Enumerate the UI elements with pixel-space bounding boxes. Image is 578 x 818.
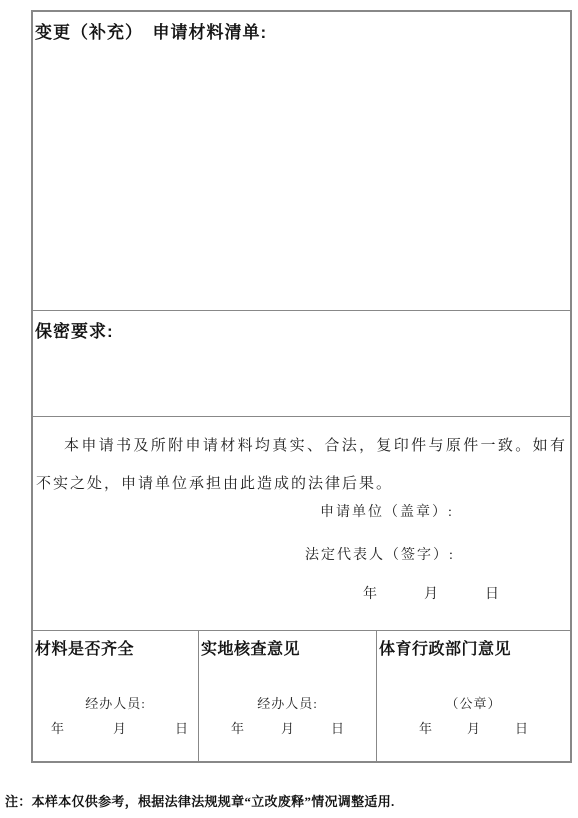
date-month-label: 月 [424, 583, 438, 603]
date-year-label: 年 [363, 583, 377, 603]
review-col-materials-complete: 材料是否齐全 经办人员: 年 月 日 [33, 631, 199, 761]
site-check-header: 实地核查意见 [201, 641, 300, 658]
date-month-label: 月 [113, 718, 126, 737]
change-materials-label: 变更（补充） 申请材料清单: [35, 23, 267, 42]
materials-complete-header: 材料是否齐全 [35, 641, 134, 658]
date-year-label: 年 [231, 718, 244, 737]
section-declaration: 本申请书及所附申请材料均真实、合法，复印件与原件一致。如有 不实之处，申请单位承… [33, 417, 570, 631]
section-confidentiality: 保密要求: [33, 311, 570, 417]
site-check-date-line: 年 月 日 [199, 718, 376, 737]
date-day-label: 日 [515, 718, 528, 737]
confidentiality-label: 保密要求: [35, 322, 114, 341]
sports-dept-header: 体育行政部门意见 [379, 641, 511, 658]
form-page: 变更（补充） 申请材料清单: 保密要求: 本申请书及所附申请材料均真实、合法，复… [0, 0, 578, 818]
footnote: 注：本样本仅供参考，根据法律法规规章“立改废释”情况调整适用. [5, 791, 395, 810]
application-form-table: 变更（补充） 申请材料清单: 保密要求: 本申请书及所附申请材料均真实、合法，复… [31, 10, 572, 763]
section-review: 材料是否齐全 经办人员: 年 月 日 实地核查意见 经办人员: 年 月 日 体育… [33, 631, 570, 761]
section-change-materials: 变更（补充） 申请材料清单: [33, 12, 570, 311]
date-month-label: 月 [281, 718, 294, 737]
materials-complete-date-line: 年 月 日 [33, 718, 198, 737]
materials-complete-handler-label: 经办人员: [33, 693, 198, 712]
declaration-date-line: 年 月 日 [363, 583, 499, 603]
sports-dept-date-line: 年 月 日 [377, 718, 570, 737]
applicant-seal-label: 申请单位（盖章）: [320, 501, 454, 521]
date-year-label: 年 [51, 718, 64, 737]
declaration-line-2: 不实之处，申请单位承担由此造成的法律后果。 [36, 465, 567, 503]
date-year-label: 年 [419, 718, 432, 737]
date-day-label: 日 [175, 718, 188, 737]
declaration-line-1: 本申请书及所附申请材料均真实、合法，复印件与原件一致。如有 [36, 427, 567, 465]
site-check-handler-label: 经办人员: [199, 693, 376, 712]
sports-dept-seal-label: （公章） [377, 693, 570, 712]
date-day-label: 日 [485, 583, 499, 603]
review-col-sports-dept: 体育行政部门意见 （公章） 年 月 日 [377, 631, 570, 761]
date-day-label: 日 [331, 718, 344, 737]
date-month-label: 月 [467, 718, 480, 737]
review-col-site-check: 实地核查意见 经办人员: 年 月 日 [199, 631, 377, 761]
legal-representative-label: 法定代表人（签字）: [305, 544, 455, 564]
